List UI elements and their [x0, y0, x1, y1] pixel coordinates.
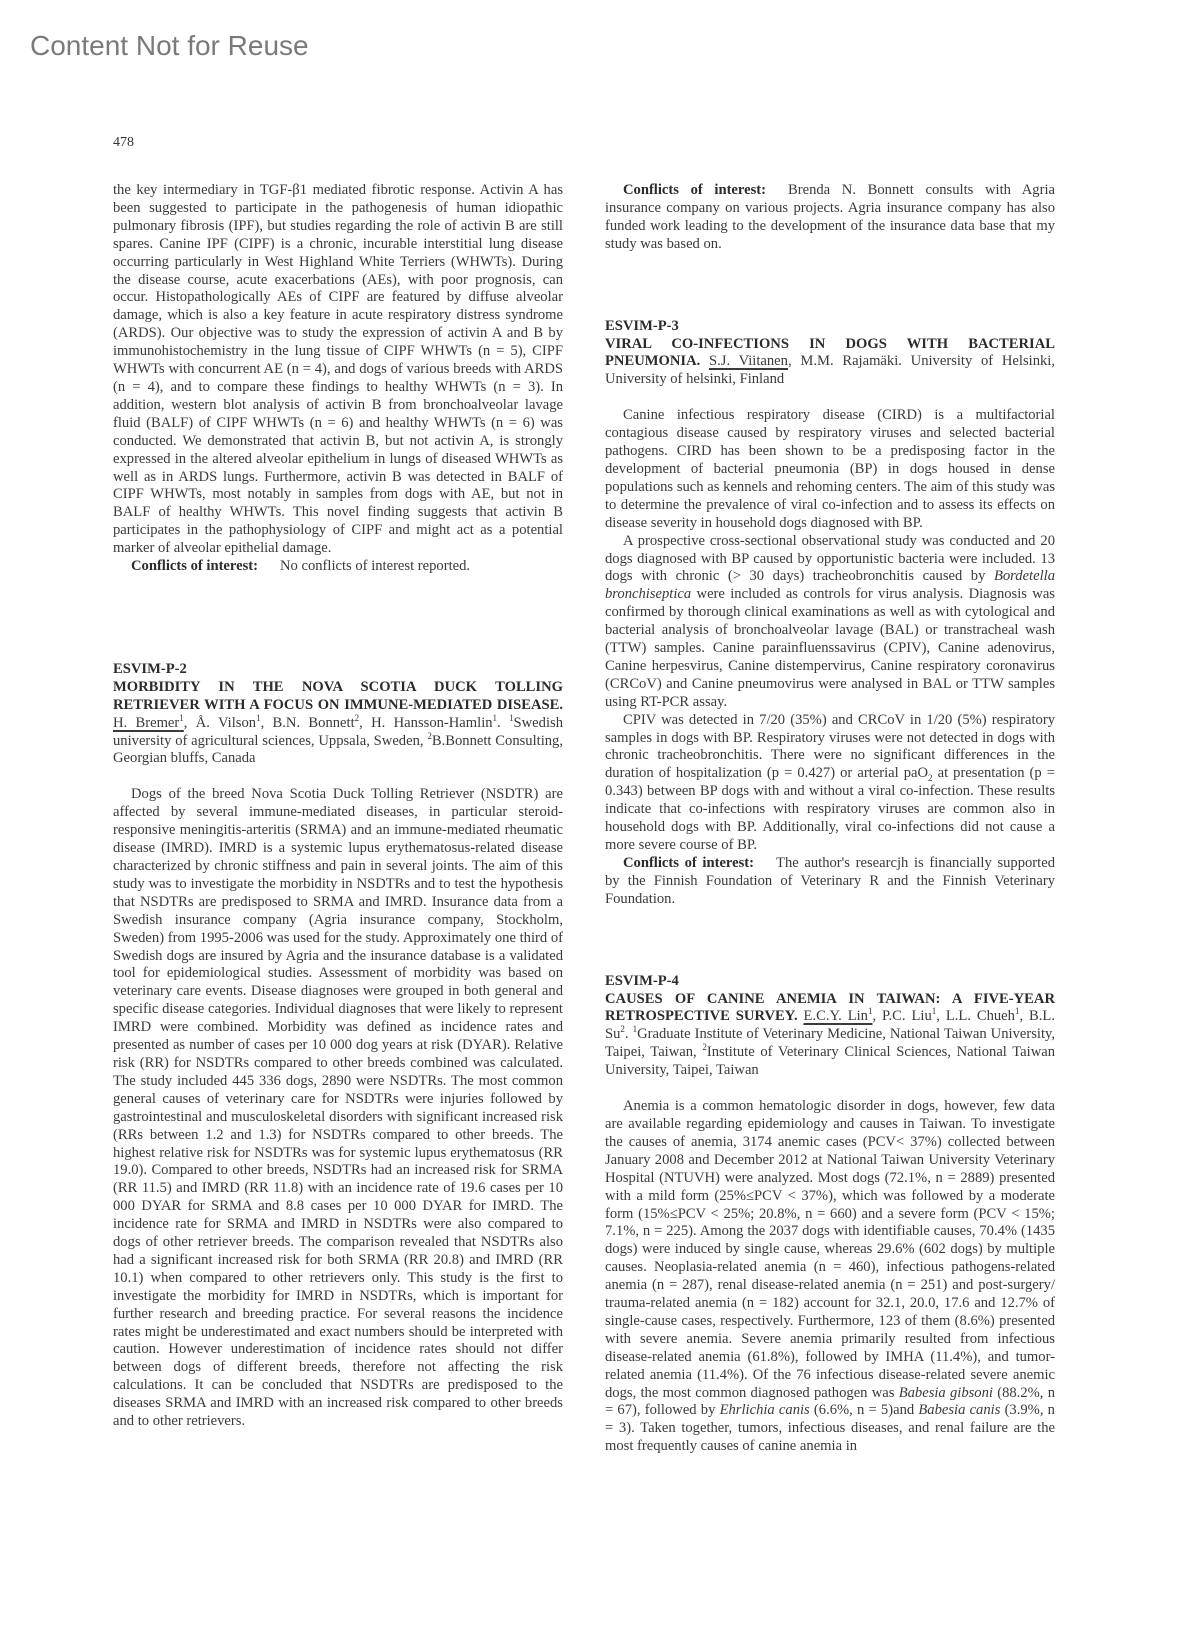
abstract-id: ESVIM-P-3 — [605, 318, 1055, 336]
presenting-author: S.J. Viitanen — [709, 353, 788, 369]
presenting-author: H. Bremer1 — [113, 715, 184, 731]
conflicts-of-interest: Conflicts of interest:Brenda N. Bonnett … — [605, 182, 1055, 254]
abstract-id: ESVIM-P-4 — [605, 973, 1055, 991]
abstract-heading: CAUSES OF CANINE ANEMIA IN TAIWAN: A FIV… — [605, 991, 1055, 1081]
left-column: the key intermediary in TGF-β1 mediated … — [113, 182, 563, 1431]
page-number: 478 — [113, 135, 134, 151]
abstract-title: MORBIDITY IN THE NOVA SCOTIA DUCK TOLLIN… — [113, 679, 563, 713]
author: , Å. Vilson — [184, 715, 256, 731]
coi-label: Conflicts of interest: — [131, 558, 258, 574]
right-column: Conflicts of interest:Brenda N. Bonnett … — [605, 182, 1055, 1456]
species-name: Ehrlichia canis — [720, 1402, 810, 1418]
abstract-body-intro: Canine infectious respiratory disease (C… — [605, 407, 1055, 532]
abstract-p2-coi: Conflicts of interest:Brenda N. Bonnett … — [605, 182, 1055, 254]
conflicts-of-interest: Conflicts of interest:No conflicts of in… — [113, 558, 563, 576]
coi-label: Conflicts of interest: — [623, 182, 766, 198]
abstract-id: ESVIM-P-2 — [113, 661, 563, 679]
abstract-esvim-p-4: ESVIM-P-4 CAUSES OF CANINE ANEMIA IN TAI… — [605, 973, 1055, 1457]
coi-label: Conflicts of interest: — [623, 855, 754, 871]
author: , B.N. Bonnett — [261, 715, 355, 731]
abstract-body: the key intermediary in TGF-β1 mediated … — [113, 182, 563, 558]
species-name: Babesia canis — [918, 1402, 1000, 1418]
abstract-p1-continued: the key intermediary in TGF-β1 mediated … — [113, 182, 563, 576]
coi-text: No conflicts of interest reported. — [280, 558, 470, 574]
abstract-body-results: CPIV was detected in 7/20 (35%) and CRCo… — [605, 712, 1055, 855]
abstract-esvim-p-2: ESVIM-P-2 MORBIDITY IN THE NOVA SCOTIA D… — [113, 661, 563, 1431]
abstract-body: Anemia is a common hematologic disorder … — [605, 1098, 1055, 1456]
abstract-esvim-p-3: ESVIM-P-3 VIRAL CO-INFECTIONS IN DOGS WI… — [605, 318, 1055, 909]
abstract-body-methods: A prospective cross-sectional observatio… — [605, 533, 1055, 712]
author: , L.L. Chueh — [936, 1008, 1015, 1024]
presenting-author: E.C.Y. Lin1 — [804, 1008, 873, 1024]
watermark: Content Not for Reuse — [30, 30, 309, 62]
abstract-body: Dogs of the breed Nova Scotia Duck Tolli… — [113, 786, 563, 1431]
abstract-heading: VIRAL CO-INFECTIONS IN DOGS WITH BACTERI… — [605, 336, 1055, 390]
author: , H. Hansson-Hamlin — [359, 715, 492, 731]
abstract-heading: MORBIDITY IN THE NOVA SCOTIA DUCK TOLLIN… — [113, 679, 563, 769]
species-name: Babesia gibsoni — [899, 1385, 993, 1401]
conflicts-of-interest: Conflicts of interest:The author's resea… — [605, 855, 1055, 909]
author: , P.C. Liu — [872, 1008, 931, 1024]
